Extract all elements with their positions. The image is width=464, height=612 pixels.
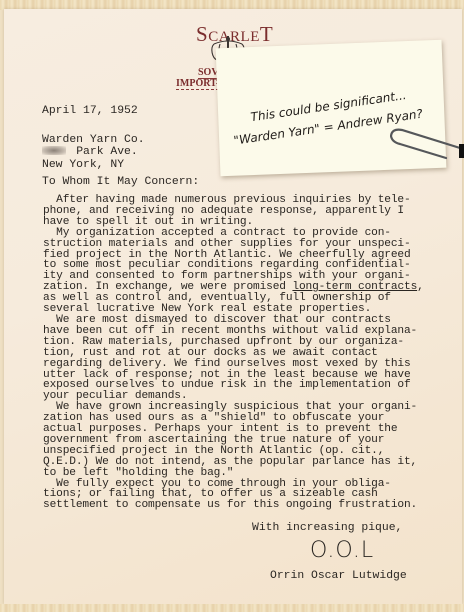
letter-body: After having made numerous previous inqu… (43, 195, 424, 511)
closing-line: With increasing pique, (252, 522, 402, 534)
recipient-city: New York, NY (42, 159, 124, 171)
letter-date: April 17, 1952 (42, 105, 138, 117)
paperclip-icon (390, 128, 464, 160)
bottom-border (0, 604, 464, 612)
recipient-name: Warden Yarn Co. (42, 134, 145, 146)
salutation: To Whom It May Concern: (42, 176, 199, 188)
handwritten-signature: O.O.L (310, 538, 374, 563)
paperclip-end (459, 144, 464, 158)
redaction-smudge (42, 146, 66, 155)
letterhead-line-2: IMPORT- (176, 78, 219, 90)
recipient-street: Park Ave. (76, 146, 138, 158)
signer-name: Orrin Oscar Lutwidge (270, 570, 407, 582)
